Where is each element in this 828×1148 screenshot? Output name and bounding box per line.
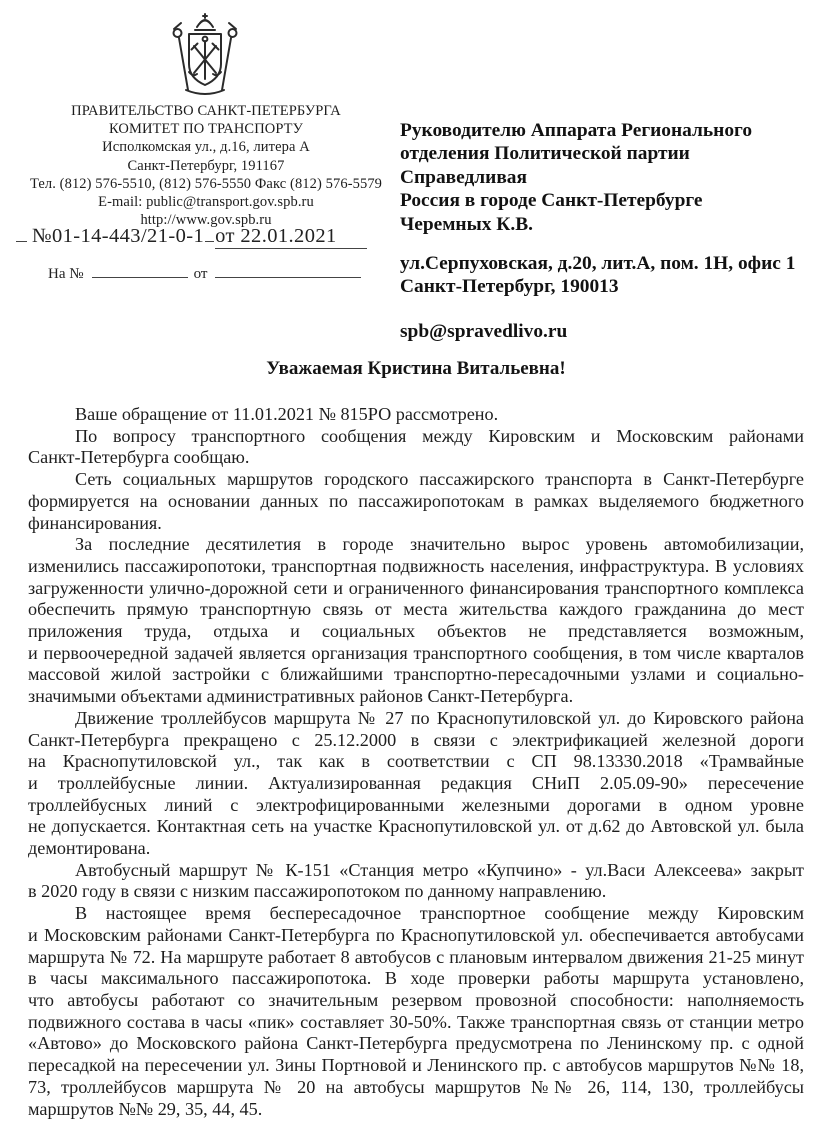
paragraph: Ваше обращение от 11.01.2021 № 815РО рас… xyxy=(28,404,804,426)
salutation: Уважаемая Кристина Витальевна! xyxy=(28,358,804,380)
body-line: что автобусы работают со значительным ре… xyxy=(28,990,804,1012)
blank-dash xyxy=(205,221,214,242)
recipient-name: Черемных К.В. xyxy=(400,213,820,236)
body-line: финансирования. xyxy=(28,513,804,535)
body-line: Автобусный маршрут № К-151 «Станция метр… xyxy=(28,860,804,882)
body-line: 73, троллейбусов маршрута № 20 на автобу… xyxy=(28,1077,804,1099)
body-line: обеспечить прямую транспортную связь от … xyxy=(28,599,804,621)
body-line: значимыми объектами административных рай… xyxy=(28,686,804,708)
reply-date-label: от xyxy=(194,266,208,282)
org-city-zip: Санкт-Петербург, 191167 xyxy=(20,157,392,175)
recipient-street-address: ул.Серпуховская, д.20, лит.А, пом. 1Н, о… xyxy=(400,252,820,275)
body-line: За последние десятилетия в городе значит… xyxy=(28,534,804,556)
org-name-line2: КОМИТЕТ ПО ТРАНСПОРТУ xyxy=(20,120,392,138)
recipient-city-zip: Санкт-Петербург, 190013 xyxy=(400,275,820,298)
letterhead-org-block: ПРАВИТЕЛЬСТВО САНКТ-ПЕТЕРБУРГА КОМИТЕТ П… xyxy=(20,102,392,229)
letter-body: Уважаемая Кристина Витальевна! Ваше обра… xyxy=(28,358,804,1120)
body-line: и первоочередной задачей является органи… xyxy=(28,643,804,665)
body-line: не допускается. Контактная сеть на участ… xyxy=(28,816,804,838)
body-line: демонтирована. xyxy=(28,838,804,860)
body-line: и троллейбусные линии. Актуализированная… xyxy=(28,773,804,795)
body-line: формируется на основании данных по пасса… xyxy=(28,491,804,513)
org-street-address: Исполкомская ул., д.16, литера А xyxy=(20,138,392,156)
paragraph: За последние десятилетия в городе значит… xyxy=(28,534,804,708)
body-line: загруженности улично-дорожной сети и огр… xyxy=(28,578,804,600)
body-line: троллейбусных линий с электрофицированны… xyxy=(28,795,804,817)
body-line: и Московским районами Санкт-Петербурга п… xyxy=(28,925,804,947)
paragraph: В настоящее время беспересадочное трансп… xyxy=(28,903,804,1120)
recipient-title-line: Россия в городе Санкт-Петербурге xyxy=(400,189,820,212)
body-line: маршрутов №№ 29, 35, 44, 45. xyxy=(28,1099,804,1121)
paragraph: По вопросу транспортного сообщения между… xyxy=(28,426,804,469)
outgoing-date: от 22.01.2021 xyxy=(215,225,367,249)
body-line: подвижного состава в часы «пик» составля… xyxy=(28,1012,804,1034)
body-line: Движение троллейбусов маршрута № 27 по К… xyxy=(28,708,804,730)
letter-page: ПРАВИТЕЛЬСТВО САНКТ-ПЕТЕРБУРГА КОМИТЕТ П… xyxy=(0,0,828,1148)
org-phone-fax: Тел. (812) 576-5510, (812) 576-5550 Факс… xyxy=(20,175,392,193)
recipient-email: spb@spravedlivo.ru xyxy=(400,320,820,343)
body-line: По вопросу транспортного сообщения между… xyxy=(28,426,804,448)
reply-number-blank xyxy=(92,263,188,278)
body-line: в 2020 году в связи с низким пассажиропо… xyxy=(28,881,804,903)
body-paragraphs: Ваше обращение от 11.01.2021 № 815РО рас… xyxy=(28,404,804,1120)
body-line: Санкт-Петербурга прекращено с 25.12.2000… xyxy=(28,730,804,752)
body-line: Санкт-Петербурга сообщаю. xyxy=(28,447,804,469)
recipient-title-line: Руководителю Аппарата Регионального xyxy=(400,119,820,142)
recipient-title-line: отделения Политической партии Справедлив… xyxy=(400,142,820,189)
body-line: в часы максимального пассажиропотока. В … xyxy=(28,968,804,990)
body-line: изменились пассажиропотоки, транспортная… xyxy=(28,556,804,578)
reply-reference-line: На №от xyxy=(48,263,388,283)
recipient-block: Руководителю Аппарата Регионального отде… xyxy=(400,119,820,343)
body-line: Сеть социальных маршрутов городского пас… xyxy=(28,469,804,491)
body-line: «Автово» до Московского района Санкт-Пет… xyxy=(28,1033,804,1055)
paragraph: Движение троллейбусов маршрута № 27 по К… xyxy=(28,708,804,860)
reply-number-label: На № xyxy=(48,266,84,282)
paragraph: Автобусный маршрут № К-151 «Станция метр… xyxy=(28,860,804,903)
blank-dash xyxy=(16,221,27,242)
body-line: массовой жилой застройки с ближайшими тр… xyxy=(28,664,804,686)
body-line: на Краснопутиловской ул., так как в соот… xyxy=(28,751,804,773)
body-line: В настоящее время беспересадочное трансп… xyxy=(28,903,804,925)
paragraph: Сеть социальных маршрутов городского пас… xyxy=(28,469,804,534)
org-email: E-mail: public@transport.gov.spb.ru xyxy=(20,193,392,211)
outgoing-number: №01-14-443/21-0-1 xyxy=(32,225,204,247)
spb-coat-of-arms-icon xyxy=(164,10,246,107)
outgoing-reference-line: №01-14-443/21-0-1от 22.01.2021 xyxy=(16,221,396,249)
org-name-line1: ПРАВИТЕЛЬСТВО САНКТ-ПЕТЕРБУРГА xyxy=(20,102,392,120)
body-line: пересадкой на пересечении ул. Зины Портн… xyxy=(28,1055,804,1077)
body-line: маршрута № 72. На маршруте работает 8 ав… xyxy=(28,947,804,969)
reply-date-blank xyxy=(215,263,361,278)
body-line: Ваше обращение от 11.01.2021 № 815РО рас… xyxy=(28,404,804,426)
body-line: приложения труда, отдыха и социальных об… xyxy=(28,621,804,643)
